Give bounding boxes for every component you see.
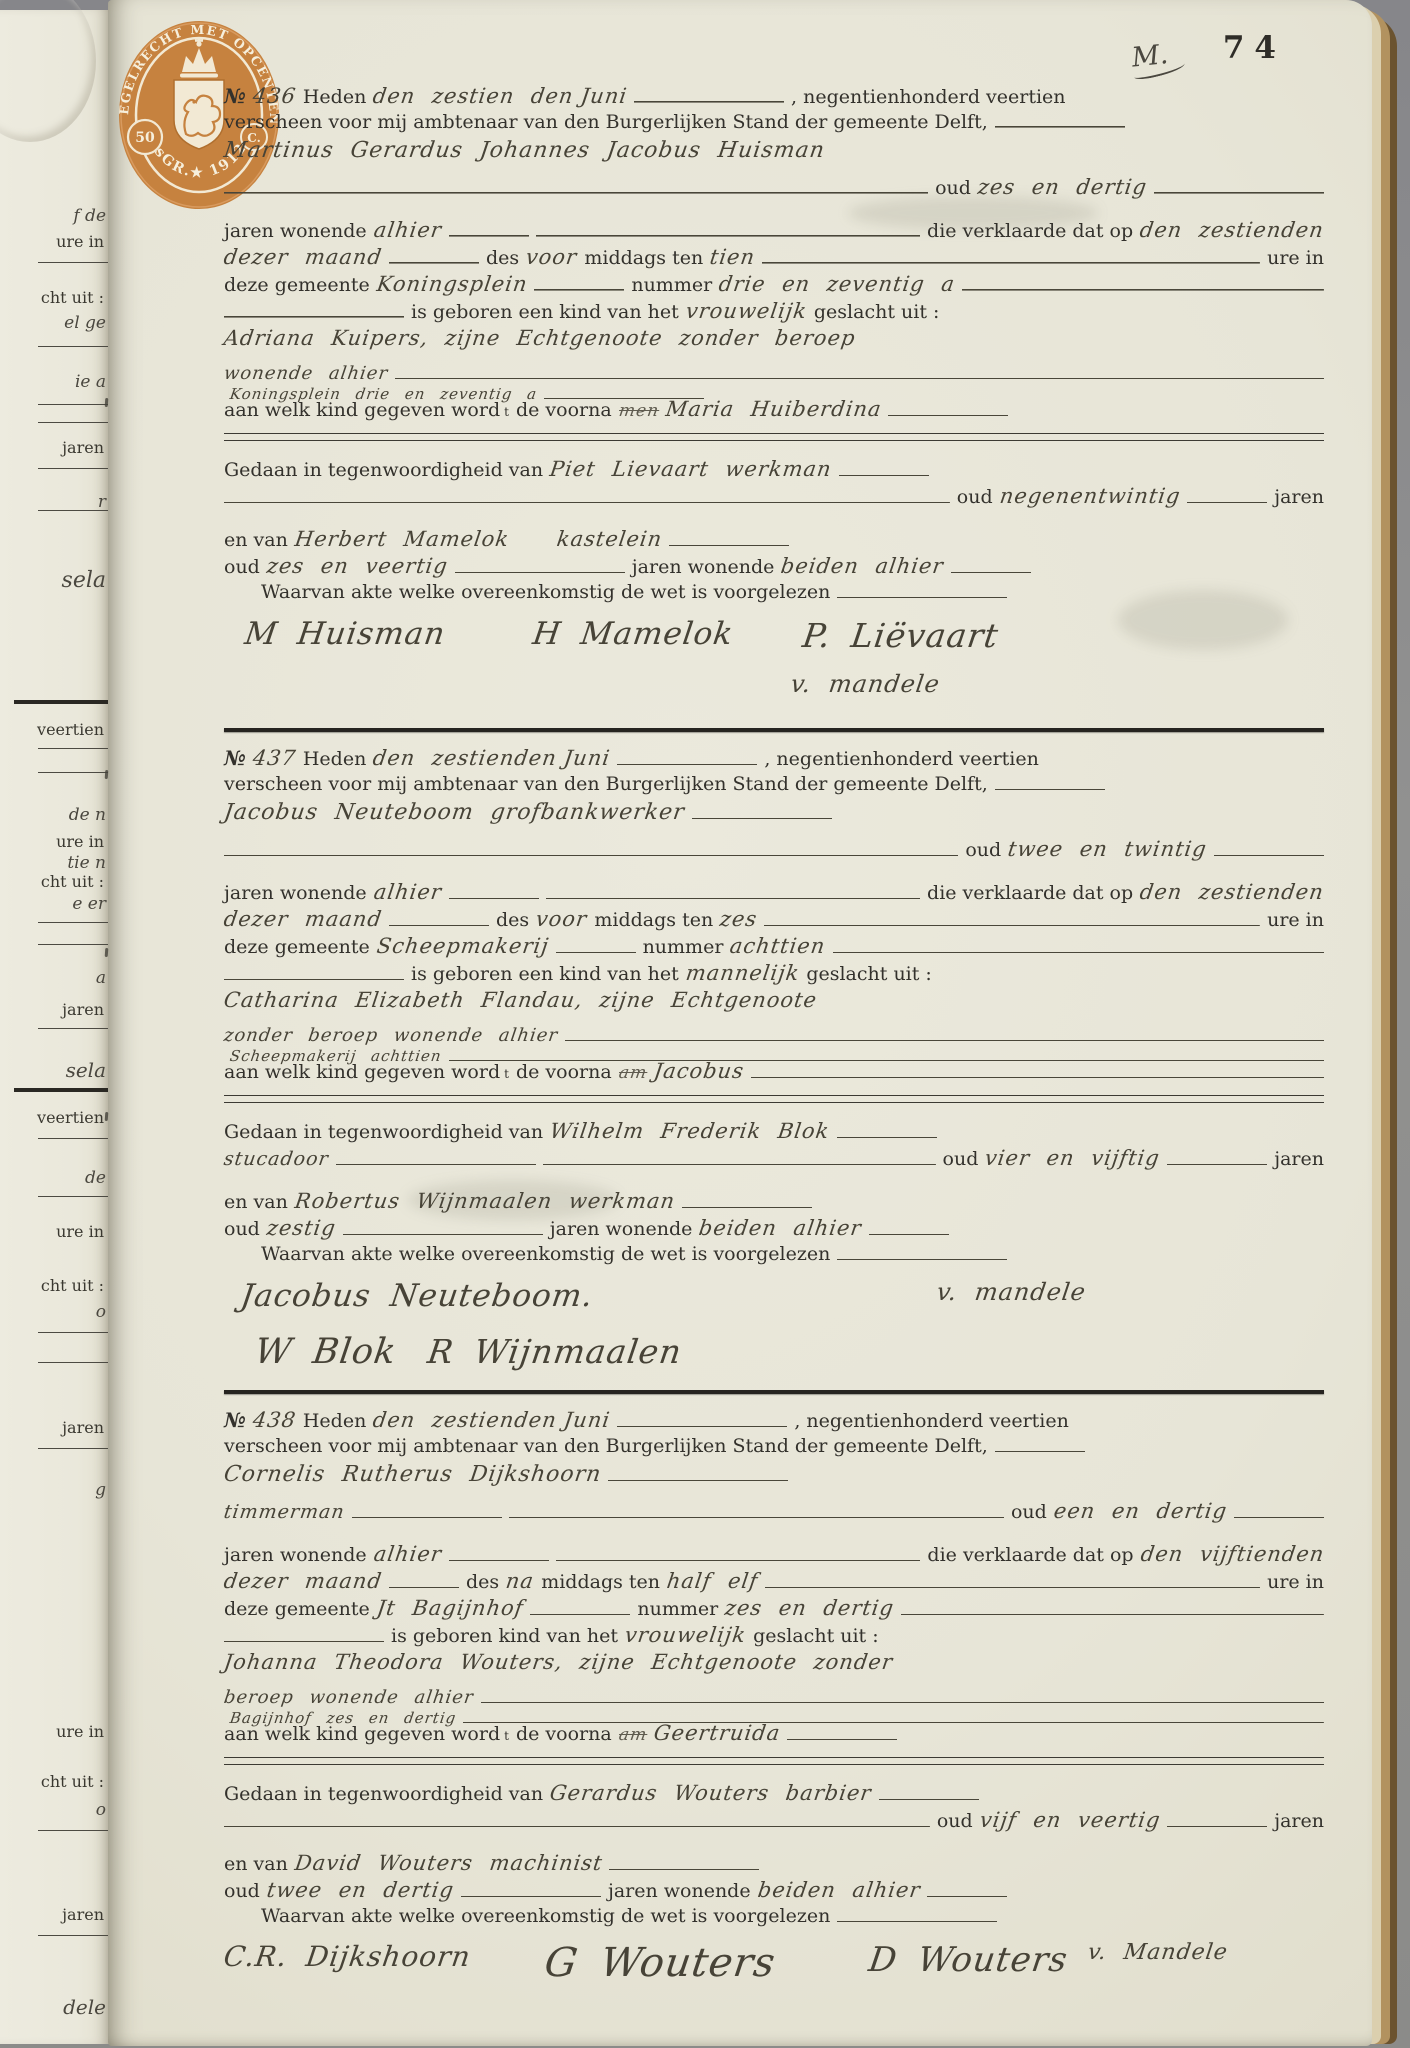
handwritten-text: D Wouters — [866, 1940, 1070, 1980]
printed-text: jaren wonende — [224, 882, 367, 904]
spacer — [740, 616, 796, 617]
filler-line — [449, 1545, 549, 1561]
filler-line — [224, 964, 404, 980]
facing-page-rule — [38, 1028, 110, 1029]
record-line: verscheen voor mij ambtenaar van den Bur… — [224, 1435, 1324, 1462]
printed-text: en van — [224, 1191, 288, 1213]
facing-page-rule — [38, 1196, 110, 1197]
filler-line — [556, 937, 636, 953]
record-line: M HuismanH MamelokP. Liëvaart — [224, 616, 1324, 662]
handwritten-text: Scheepmakerij — [375, 934, 550, 958]
filler-line — [609, 1854, 759, 1870]
facing-page-text-fragment: veertien — [0, 1108, 104, 1127]
facing-page-rule — [38, 772, 110, 773]
record-line: oudzestigjaren wonendebeiden alhier — [224, 1216, 1324, 1243]
record-line — [224, 1095, 1324, 1103]
handwritten-text: den zestienden — [372, 1408, 559, 1432]
facing-page-rule — [38, 468, 110, 469]
handwritten-text: M Huisman — [242, 616, 447, 652]
handwritten-text: mannelijk — [684, 961, 801, 985]
record-line: verscheen voor mij ambtenaar van den Bur… — [224, 773, 1324, 800]
printed-text: jaren — [1274, 1148, 1324, 1170]
handwritten-text: H Mamelok — [531, 616, 736, 652]
printed-text: jaren wonende — [608, 1880, 751, 1902]
facing-page-text-fragment: cht uit : — [0, 1772, 104, 1791]
printed-text: Gedaan in tegenwoordigheid van — [224, 1121, 543, 1143]
filler-line — [869, 1219, 949, 1235]
record-line: Martinus Gerardus Johannes Jacobus Huism… — [224, 138, 1324, 175]
printed-text: is geboren een kind van het — [411, 301, 679, 323]
handwritten-text: Adriana Kuipers, zijne Echtgenoote zonde… — [222, 326, 857, 350]
handwritten-text: vrouwelijk — [684, 299, 809, 323]
facing-page-text-fragment: de — [0, 1168, 106, 1188]
filler-line — [837, 582, 1007, 598]
filler-line — [888, 400, 1008, 416]
facing-page-text-fragment: ure in — [0, 232, 104, 251]
spacer — [782, 1940, 862, 1941]
record-line: Waarvan akte welke overeenkomstig de wet… — [224, 1243, 1324, 1270]
handwritten-text: beroep wonende alhier — [223, 1687, 476, 1708]
facing-page-text-fragment: e er — [0, 894, 106, 914]
filler-line — [389, 248, 479, 264]
record-line — [224, 433, 1324, 441]
handwritten-text: zes en dertig — [724, 1596, 896, 1620]
filler-line — [951, 557, 1031, 573]
filler-line — [461, 1881, 601, 1897]
filler-line — [224, 487, 950, 503]
record-line: №436Hedenden zestien denJuni, negentienh… — [224, 84, 1324, 111]
facing-page-text-fragment: cht uit : — [0, 1276, 104, 1295]
record-line: Waarvan akte welke overeenkomstig de wet… — [224, 1905, 1324, 1932]
filler-line — [617, 1411, 787, 1427]
facing-page-rule — [38, 262, 110, 263]
record-line: Gedaan in tegenwoordigheid vanGerardus W… — [224, 1781, 1324, 1808]
record-line: en vanHerbert Mamelokkastelein — [224, 527, 1324, 554]
record-divider — [224, 728, 1324, 732]
filler-line — [449, 1045, 1324, 1061]
filler-line — [608, 1465, 788, 1481]
handwritten-text: negenentwintig — [998, 484, 1182, 508]
record-line: is geboren een kind van hetvrouwelijkges… — [224, 299, 1324, 326]
handwritten-text: R Wijnmaalen — [426, 1332, 685, 1371]
printed-text: middags ten — [584, 247, 703, 269]
printed-text: geslacht uit : — [814, 301, 940, 323]
handwritten-text: dezer maand — [222, 907, 383, 931]
record-line: dezer maanddesvoormiddags tenzesure in — [224, 907, 1324, 934]
handwritten-text: zestig — [265, 1216, 337, 1240]
facing-page-text-fragment: ie a — [0, 372, 106, 392]
handwritten-text: voor — [534, 907, 589, 931]
printed-text: , negentienhonderd veertien — [794, 1410, 1069, 1432]
printed-text: verscheen voor mij ambtenaar van den Bur… — [224, 1435, 988, 1457]
printed-text: des — [466, 1571, 499, 1593]
spacer — [1075, 1940, 1081, 1941]
handwritten-text: den zestienden — [1138, 880, 1325, 904]
printed-text: middags ten — [541, 1571, 660, 1593]
spacer — [478, 1940, 538, 1941]
handwritten-text: twee en dertig — [265, 1878, 455, 1902]
filler-line — [837, 1244, 1007, 1260]
lion-shield-icon — [174, 80, 224, 149]
filler-line — [336, 1149, 536, 1165]
binding-stitch — [105, 398, 109, 407]
handwritten-text: drie en zeventig a — [717, 272, 956, 296]
filler-line — [534, 275, 624, 291]
handwritten-text: Catharina Elizabeth Flandau, zijne Echtg… — [222, 988, 818, 1012]
facing-page-text-fragment: jaren — [0, 438, 104, 457]
printed-text: jaren — [1274, 486, 1324, 508]
facing-page-text-fragment: a — [0, 968, 106, 988]
spacer — [452, 616, 526, 617]
handwritten-strikethrough: am — [617, 1063, 648, 1083]
printed-text: des — [496, 909, 529, 931]
handwritten-text: 437 — [251, 746, 297, 770]
spacer — [516, 545, 550, 546]
facing-page-rule — [38, 1830, 110, 1831]
numero-symbol: № — [224, 84, 246, 108]
scanned-register-page: { "page": {"number": "74", "corner_mark"… — [0, 0, 1410, 2048]
printed-text: is geboren kind van het — [391, 1625, 618, 1647]
printed-text: Gedaan in tegenwoordigheid van — [224, 1783, 543, 1805]
handwritten-text: twee en twintig — [1006, 837, 1208, 861]
blind-embossed-seal — [0, 0, 96, 142]
filler-line — [389, 910, 489, 926]
printed-text: en van — [224, 1853, 288, 1875]
spacer — [224, 670, 784, 671]
birth-record-437: №437Hedenden zestiendenJuni, negentienho… — [224, 746, 1324, 1378]
printed-text: , negentienhonderd veertien — [791, 86, 1066, 108]
printed-text: ure in — [1267, 1571, 1324, 1593]
printed-text: oud — [965, 839, 1001, 861]
filler-line — [224, 1626, 384, 1642]
birth-record-436: №436Hedenden zestien denJuni, negentienh… — [224, 84, 1324, 716]
record-line: Gedaan in tegenwoordigheid vanPiet Lieva… — [224, 457, 1324, 484]
printed-text: oud — [935, 177, 971, 199]
record-line: en vanRobertus Wijnmaalen werkman — [224, 1189, 1324, 1216]
printed-text: deze gemeente — [224, 936, 370, 958]
printed-text: , negentienhonderd veertien — [764, 748, 1039, 770]
facing-page-rule — [38, 944, 110, 945]
facing-page-rule — [38, 1332, 110, 1333]
filler-line — [395, 363, 1324, 379]
handwritten-text: beiden alhier — [756, 1878, 922, 1902]
record-line: oudnegenentwintigjaren — [224, 484, 1324, 511]
handwritten-text: 438 — [251, 1408, 297, 1432]
handwritten-text: zes en dertig — [976, 175, 1148, 199]
record-line: №438Hedenden zestiendenJuni, negentienho… — [224, 1408, 1324, 1435]
handwritten-text: v. mandele — [935, 1278, 1088, 1306]
binding-stitch — [105, 1112, 109, 1121]
clerk-initial-mark: M. — [1130, 37, 1185, 78]
facing-page-rule — [38, 1448, 110, 1449]
printed-text: nummer — [643, 936, 724, 958]
record-line: dezer maanddesvoormiddags tentienure in — [224, 245, 1324, 272]
printed-text: oud — [943, 1148, 979, 1170]
facing-page-text-fragment: f de — [0, 206, 106, 226]
register-page: ZEGELRECHT MET OPCENTEN 'sGR.★ 1912 50 C… — [108, 0, 1372, 2046]
facing-page-text-fragment: o — [0, 1302, 106, 1322]
record-line: deze gemeenteKoningspleinnummerdrie en z… — [224, 272, 1324, 299]
printed-text: die verklaarde dat op — [927, 882, 1133, 904]
facing-page-rule — [38, 1138, 110, 1139]
facing-page-text-fragment: o — [0, 1800, 106, 1820]
record-line: timmermanoudeen en dertig — [224, 1499, 1324, 1526]
records-column: №436Hedenden zestien denJuni, negentienh… — [224, 84, 1324, 1986]
facing-page-text-fragment: cht uit : — [0, 288, 104, 307]
record-line: stucadooroudvier en vijftigjaren — [224, 1146, 1324, 1173]
handwritten-text: vijf en veertig — [978, 1808, 1162, 1832]
handwritten-text: timmerman — [222, 1501, 346, 1523]
stamp-value-text: 50 — [135, 130, 155, 146]
printed-text: oud — [224, 556, 260, 578]
record-divider — [224, 1390, 1324, 1394]
handwritten-text: Juni — [562, 1408, 612, 1432]
filler-line — [669, 530, 789, 546]
record-line: oudvijf en veertigjaren — [224, 1808, 1324, 1835]
handwritten-text: den zestien den — [372, 84, 576, 108]
filler-line — [617, 749, 757, 765]
facing-page-text-fragment: dele — [0, 1995, 106, 2019]
record-line: jaren wonendealhierdie verklaarde dat op… — [224, 1542, 1324, 1569]
printed-text: Waarvan akte welke overeenkomstig de wet… — [261, 1905, 830, 1927]
facing-page-rule — [38, 346, 110, 347]
filler-line — [927, 1881, 1007, 1897]
handwritten-text: G Wouters — [542, 1940, 779, 1986]
printed-text: de voorna — [516, 1061, 612, 1083]
spacer — [224, 1259, 254, 1260]
printed-text: Waarvan akte welke overeenkomstig de wet… — [261, 1243, 830, 1265]
handwritten-text: beiden alhier — [698, 1216, 864, 1240]
handwritten-text: achttien — [729, 934, 828, 958]
numero-symbol: № — [224, 746, 246, 770]
filler-line — [543, 1149, 936, 1165]
printed-text: Heden — [303, 86, 366, 108]
printed-text: ure in — [1267, 247, 1324, 269]
handwritten-text: Johanna Theodora Wouters, zijne Echtgeno… — [222, 1650, 894, 1674]
handwritten-text: Maria Huiberdina — [664, 397, 883, 421]
record-line: oudzes en dertig — [224, 175, 1324, 202]
handwritten-text: kastelein — [555, 527, 664, 551]
filler-line — [463, 1707, 1324, 1723]
handwritten-text: Juni — [579, 84, 629, 108]
filler-line — [837, 1122, 937, 1138]
facing-page-text-fragment: ure in — [0, 832, 104, 851]
filler-line — [1234, 1502, 1324, 1518]
facing-page-text-fragment: veertien — [0, 720, 104, 739]
filler-line — [455, 557, 625, 573]
handwritten-text: Herbert Mamelok — [293, 527, 511, 551]
facing-page-rule — [38, 1935, 110, 1936]
spacer — [600, 1278, 930, 1279]
record-line: C.R. DijkshoornG WoutersD Woutersv. Mand… — [224, 1940, 1324, 1986]
filler-line — [224, 178, 928, 194]
handwritten-text: zes — [719, 907, 760, 931]
printed-text: Waarvan akte welke overeenkomstig de wet… — [261, 581, 830, 603]
facing-page-text-fragment: r — [0, 492, 106, 512]
record-line — [224, 1757, 1324, 1765]
facing-page-rule — [38, 922, 110, 923]
filler-line — [449, 221, 529, 237]
handwritten-text: Koningsplein drie en zeventig a — [229, 385, 539, 403]
superscript-letter: t — [504, 1067, 509, 1081]
filler-line — [879, 1784, 979, 1800]
facing-page-text-fragment: jaren — [0, 1000, 104, 1019]
filler-line — [224, 1811, 930, 1827]
filler-line — [995, 1436, 1085, 1452]
record-line: Cornelis Rutherus Dijkshoorn — [224, 1462, 1324, 1499]
record-line: Adriana Kuipers, zijne Echtgenoote zonde… — [224, 326, 1324, 363]
filler-line — [449, 883, 539, 899]
spacer — [224, 1921, 254, 1922]
facing-page-text-fragment: jaren — [0, 1905, 104, 1924]
record-line: oudtwee en twintig — [224, 837, 1324, 864]
printed-text: oud — [957, 486, 993, 508]
handwritten-text: Geertruida — [652, 1721, 782, 1745]
filler-line — [762, 248, 1260, 264]
facing-page-text-fragment: sela — [0, 1058, 106, 1082]
handwritten-text: een en dertig — [1052, 1499, 1229, 1523]
printed-text: middags ten — [594, 909, 713, 931]
handwritten-text: Bagijnhof zes en dertig — [229, 1709, 458, 1727]
filler-line — [1167, 1149, 1267, 1165]
record-line: is geboren kind van hetvrouwelijkgeslach… — [224, 1623, 1324, 1650]
handwritten-strikethrough: men — [617, 401, 660, 421]
facing-page-text-fragment: el ge — [0, 313, 106, 333]
superscript-letter: t — [504, 1729, 509, 1743]
handwritten-text: Piet Lievaart werkman — [548, 457, 833, 481]
handwritten-text: Jacobus Neuteboom. — [238, 1278, 595, 1314]
handwritten-text: alhier — [372, 880, 443, 904]
printed-text: is geboren een kind van het — [411, 963, 679, 985]
binding-stitch — [105, 770, 109, 779]
printed-text: en van — [224, 529, 288, 551]
birth-record-438: №438Hedenden zestiendenJuni, negentienho… — [224, 1408, 1324, 1986]
handwritten-text: v. Mandele — [1086, 1940, 1229, 1965]
facing-page-rule — [38, 510, 110, 511]
handwritten-text: vier en vijftig — [984, 1146, 1162, 1170]
printed-text: jaren wonende — [224, 1544, 367, 1566]
filler-line — [536, 221, 920, 237]
handwritten-text: beiden alhier — [780, 554, 946, 578]
handwritten-text: Jacobus — [652, 1059, 745, 1083]
filler-line — [995, 112, 1125, 128]
filler-line — [530, 1599, 630, 1615]
filler-line — [1154, 178, 1324, 194]
facing-page-text-fragment: cht uit : — [0, 872, 104, 891]
record-line: Jacobus Neuteboom.v. mandele — [224, 1278, 1324, 1324]
handwritten-text: Scheepmakerij achttien — [229, 1047, 443, 1065]
handwritten-text: alhier — [372, 218, 443, 242]
printed-text: des — [486, 247, 519, 269]
printed-text: jaren wonende — [632, 556, 775, 578]
filler-line — [833, 937, 1324, 953]
record-line: №437Hedenden zestiendenJuni, negentienho… — [224, 746, 1324, 773]
record-line: Waarvan akte welke overeenkomstig de wet… — [224, 581, 1324, 608]
handwritten-text: alhier — [372, 1542, 443, 1566]
facing-page-rule — [38, 404, 110, 405]
record-line: oudzes en veertigjaren wonendebeiden alh… — [224, 554, 1324, 581]
handwritten-text: wonende alhier — [223, 363, 390, 384]
handwritten-text: Gerardus Wouters barbier — [548, 1781, 873, 1805]
filler-line — [751, 1062, 1324, 1078]
handwritten-text: Jt Bagijnhof — [375, 1596, 525, 1620]
filler-line — [546, 883, 920, 899]
record-line: Johanna Theodora Wouters, zijne Echtgeno… — [224, 1650, 1324, 1687]
printed-text: de voorna — [516, 1723, 612, 1745]
printed-text: oud — [224, 1218, 260, 1240]
handwritten-text: Martinus Gerardus Johannes Jacobus Huism… — [222, 138, 826, 163]
handwritten-text: dezer maand — [222, 1569, 383, 1593]
filler-line — [1187, 487, 1267, 503]
record-line: jaren wonendealhierdie verklaarde dat op… — [224, 880, 1324, 907]
handwritten-text: den zestienden — [1138, 218, 1325, 242]
filler-line — [901, 1599, 1324, 1615]
filler-line — [765, 1572, 1260, 1588]
facing-page-text-fragment: ure in — [0, 1722, 104, 1741]
numero-symbol: № — [224, 1408, 246, 1432]
handwritten-text: half elf — [665, 1569, 760, 1593]
handwritten-strikethrough: am — [617, 1725, 648, 1745]
handwritten-text: Wilhelm Frederik Blok — [548, 1119, 831, 1143]
filler-line — [1167, 1811, 1267, 1827]
record-line: Gedaan in tegenwoordigheid vanWilhelm Fr… — [224, 1119, 1324, 1146]
facing-page-divider — [14, 1088, 110, 1092]
printed-text: oud — [1011, 1501, 1047, 1523]
handwritten-text: 436 — [251, 84, 297, 108]
facing-page-rule — [38, 748, 110, 749]
record-line: W BlokR Wijnmaalen — [224, 1332, 1324, 1378]
record-line: deze gemeenteScheepmakerijnummerachttien — [224, 934, 1324, 961]
filler-line — [224, 840, 958, 856]
spacer — [224, 616, 238, 617]
facing-page-text-fragment: tie n — [0, 853, 106, 873]
filler-line — [224, 302, 404, 318]
record-line: Jacobus Neuteboom grofbankwerker — [224, 800, 1324, 837]
handwritten-text: Robertus Wijnmaalen werkman — [293, 1189, 677, 1213]
facing-page-text-fragment: sela — [0, 568, 106, 593]
record-line: jaren wonendealhierdie verklaarde dat op… — [224, 218, 1324, 245]
printed-text: oud — [224, 1880, 260, 1902]
record-line: dezer maanddesnamiddags tenhalf elfure i… — [224, 1569, 1324, 1596]
record-line: en vanDavid Wouters machinist — [224, 1851, 1324, 1878]
printed-text: jaren wonende — [224, 220, 367, 242]
filler-line — [839, 460, 929, 476]
handwritten-text: P. Liëvaart — [801, 616, 1002, 655]
filler-line — [1214, 840, 1324, 856]
filler-line — [565, 1025, 1324, 1041]
handwritten-text: zonder beroep wonende alhier — [223, 1025, 560, 1046]
filler-line — [556, 1545, 921, 1561]
record-line: deze gemeenteJt Bagijnhofnummerzes en de… — [224, 1596, 1324, 1623]
handwritten-text: Cornelis Rutherus Dijkshoorn — [222, 1462, 603, 1487]
printed-text: deze gemeente — [224, 1598, 370, 1620]
filler-line — [481, 1687, 1324, 1703]
filler-line — [837, 1906, 997, 1922]
record-line: oudtwee en dertigjaren wonendebeiden alh… — [224, 1878, 1324, 1905]
filler-line — [389, 1572, 459, 1588]
handwritten-text: v. mandele — [789, 670, 942, 698]
handwritten-text: zes en veertig — [265, 554, 449, 578]
printed-text: nummer — [637, 1598, 718, 1620]
filler-line — [682, 1192, 812, 1208]
filler-line — [509, 1502, 1004, 1518]
facing-page-text-fragment: de n — [0, 805, 106, 825]
printed-text: Heden — [303, 748, 366, 770]
printed-text: die verklaarde dat op — [927, 220, 1133, 242]
record-line: Catharina Elizabeth Flandau, zijne Echtg… — [224, 988, 1324, 1025]
handwritten-text: Koningsplein — [375, 272, 529, 296]
printed-text: verscheen voor mij ambtenaar van den Bur… — [224, 111, 988, 133]
